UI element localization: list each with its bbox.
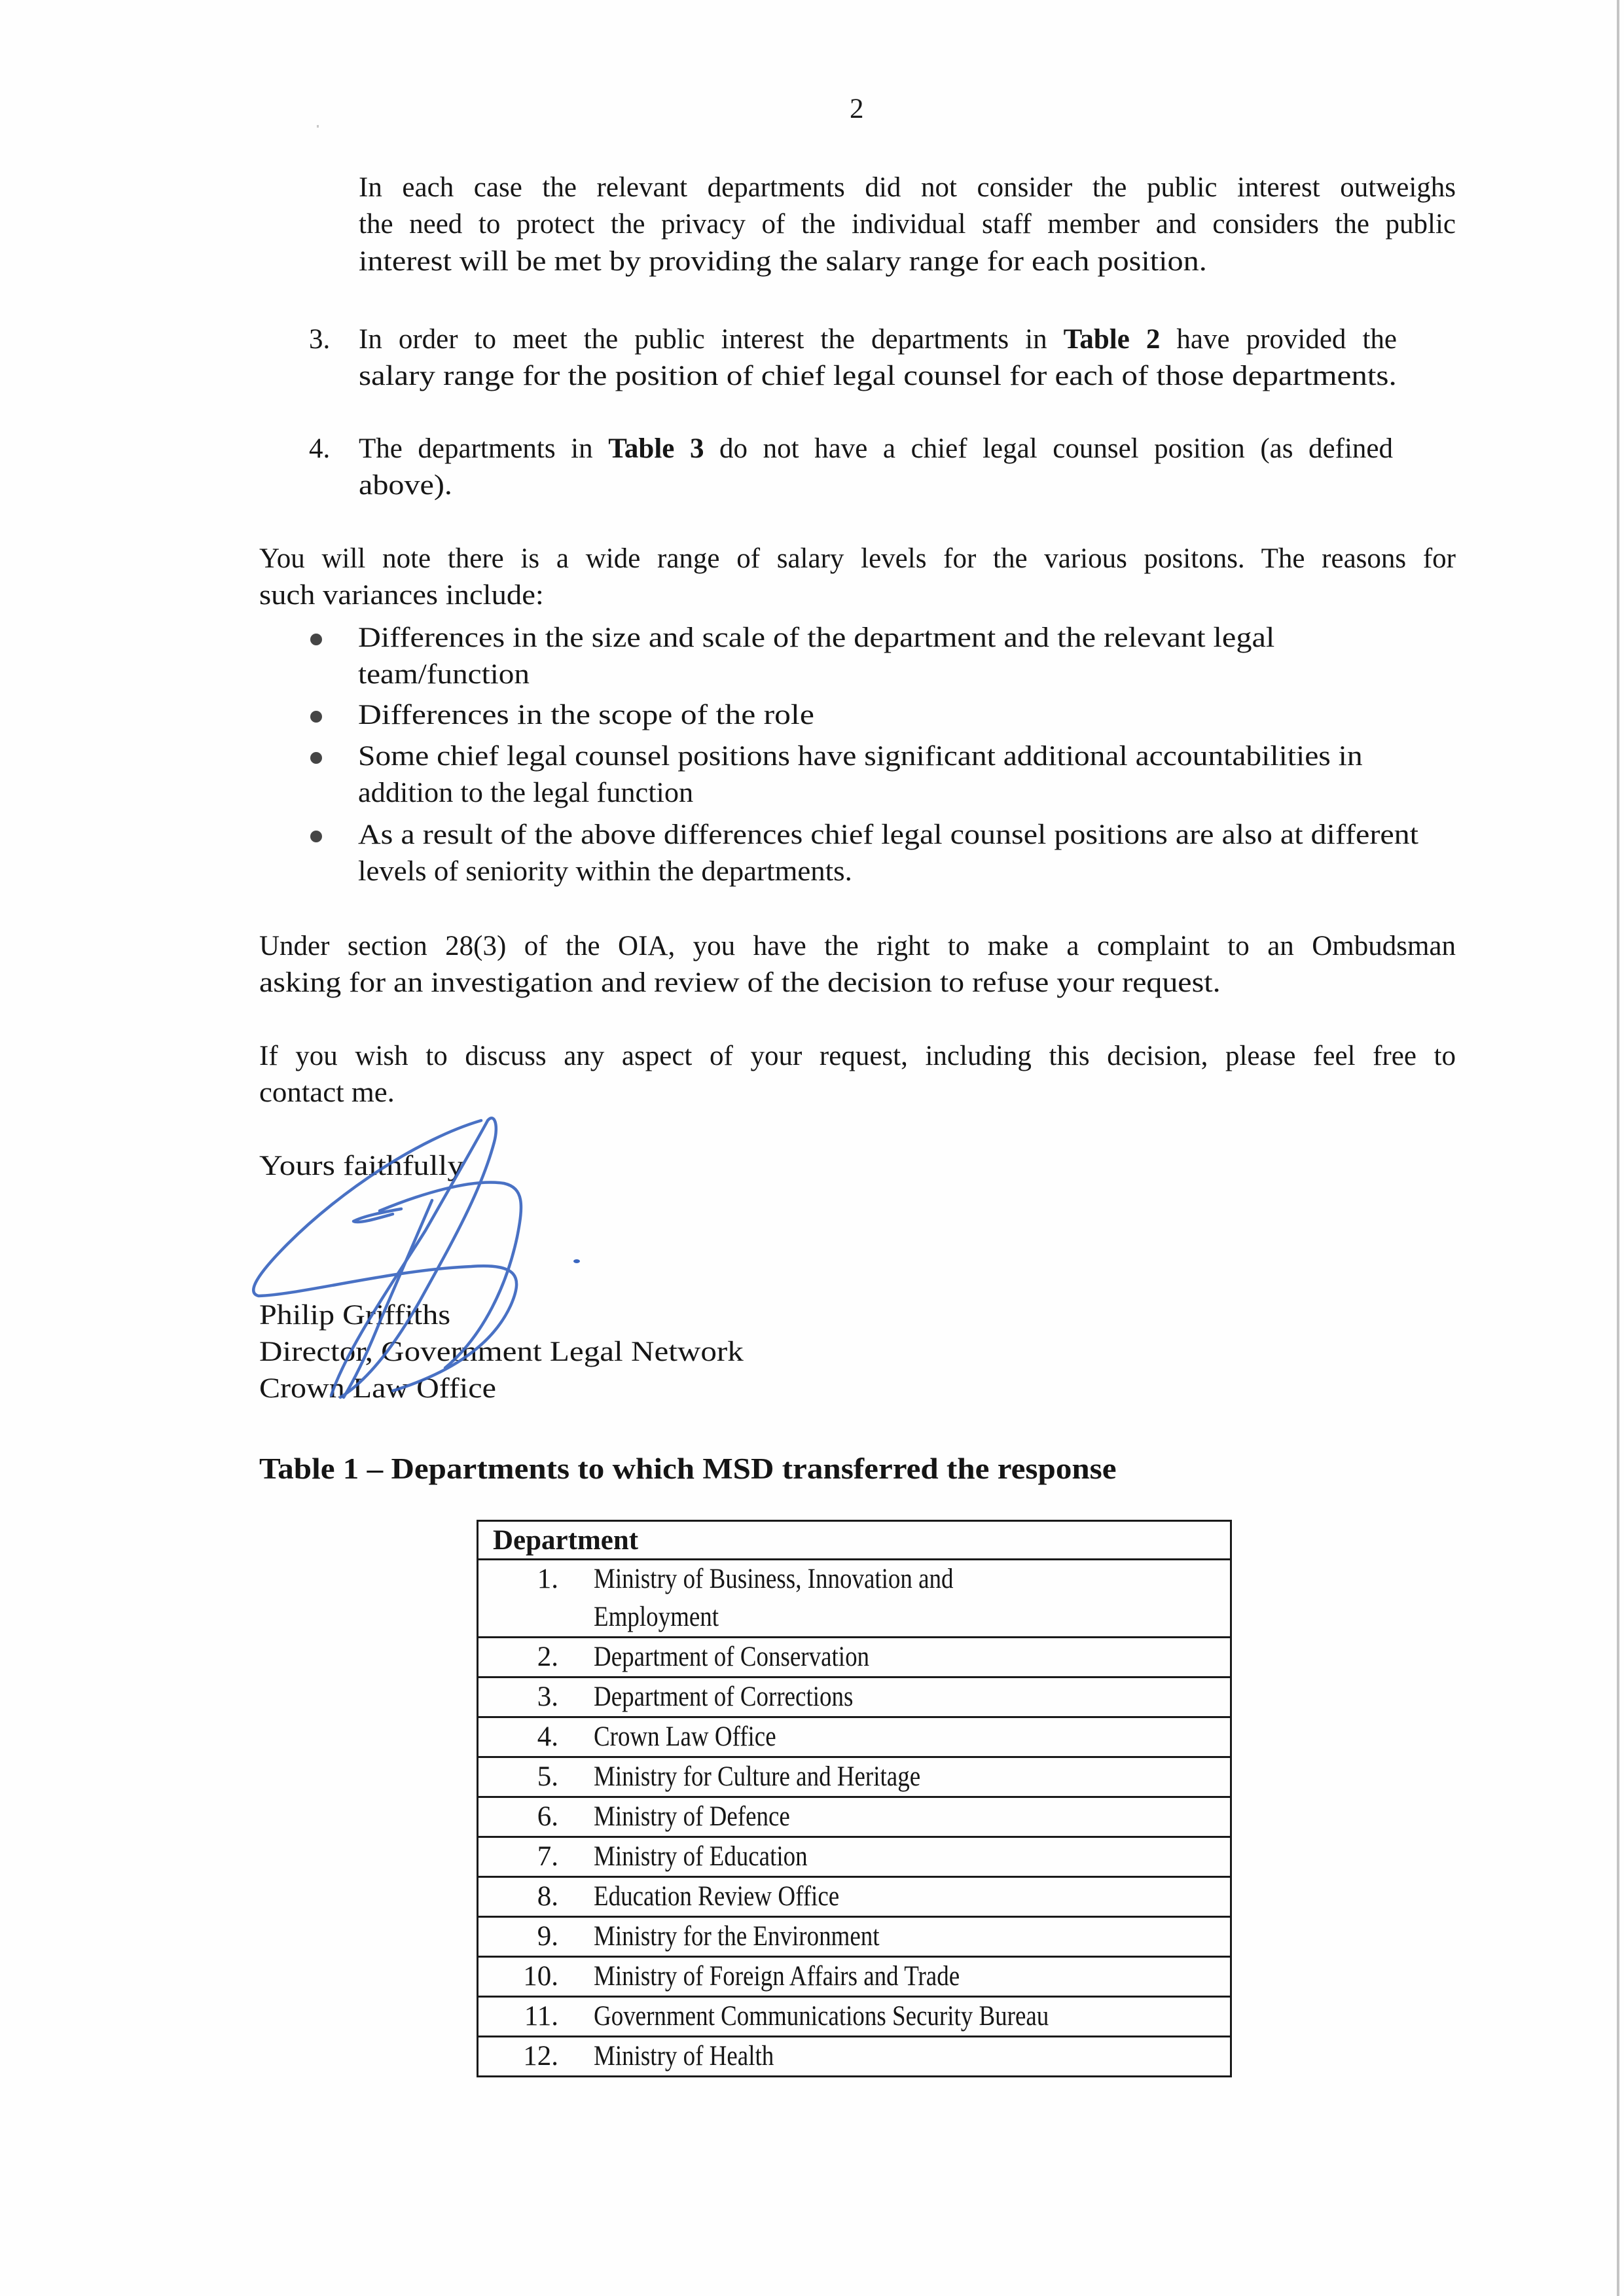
scan-edge-shadow	[1617, 0, 1619, 2296]
department-cell: 11.Government Communications Security Bu…	[478, 1997, 1231, 2037]
text-run: In order to meet the public interest the…	[359, 324, 1064, 355]
paragraph-line: asking for an investigation and review o…	[259, 969, 1221, 997]
bullet-icon	[310, 634, 322, 645]
department-name-line: Ministry of Business, Innovation and	[594, 1560, 1141, 1598]
row-number: 2.	[478, 1638, 577, 1676]
department-cell: 4.Crown Law Office	[478, 1717, 1231, 1757]
paragraph-line: The departments in Table 3 do not have a…	[359, 435, 1393, 463]
item-number: 3.	[309, 325, 330, 353]
table-row: 1.Ministry of Business, Innovation andEm…	[478, 1560, 1231, 1638]
department-name-line: Ministry of Defence	[594, 1798, 1141, 1836]
bullet-icon	[310, 831, 322, 842]
paragraph-line: interest will be met by providing the sa…	[359, 247, 1207, 276]
department-name-line: Ministry for the Environment	[594, 1918, 1141, 1956]
table-row: 2.Department of Conservation	[478, 1638, 1231, 1677]
paragraph-line: In order to meet the public interest the…	[359, 325, 1397, 353]
bullet-line: addition to the legal function	[358, 779, 693, 807]
department-name: Ministry for the Environment	[594, 1918, 1230, 1956]
signature-dot-icon	[573, 1259, 580, 1263]
table-1-title: Table 1 – Departments to which MSD trans…	[259, 1452, 1117, 1486]
department-name: Ministry for Culture and Heritage	[594, 1758, 1230, 1796]
row-number: 3.	[478, 1678, 577, 1716]
paragraph-line: the need to protect the privacy of the i…	[359, 210, 1456, 238]
department-name: Ministry of Foreign Affairs and Trade	[594, 1958, 1230, 1996]
department-cell: 12.Ministry of Health	[478, 2037, 1231, 2077]
department-cell: 1.Ministry of Business, Innovation andEm…	[478, 1560, 1231, 1638]
paragraph-line: Under section 28(3) of the OIA, you have…	[259, 932, 1456, 960]
bullet-icon	[310, 711, 322, 723]
department-name: Department of Conservation	[594, 1638, 1230, 1676]
department-name: Ministry of Business, Innovation andEmpl…	[594, 1560, 1230, 1636]
signatory-office: Crown Law Office	[259, 1374, 496, 1403]
department-name-line: Department of Corrections	[594, 1678, 1141, 1716]
department-name-line: Employment	[594, 1598, 1141, 1636]
department-cell: 5.Ministry for Culture and Heritage	[478, 1757, 1231, 1797]
text-run: do not have a chief legal counsel positi…	[704, 433, 1393, 464]
department-name-line: Department of Conservation	[594, 1638, 1141, 1676]
department-name-line: Ministry for Culture and Heritage	[594, 1758, 1141, 1796]
bullet-line: Some chief legal counsel positions have …	[358, 742, 1363, 770]
table-2-reference: Table 2	[1064, 324, 1161, 355]
department-name: Ministry of Defence	[594, 1798, 1230, 1836]
department-name: Ministry of Health	[594, 2037, 1230, 2075]
row-number: 6.	[478, 1798, 577, 1836]
text-run: have provided the	[1160, 324, 1397, 355]
bullet-icon	[310, 752, 322, 764]
department-cell: 3.Department of Corrections	[478, 1677, 1231, 1717]
department-name-line: Crown Law Office	[594, 1718, 1141, 1756]
department-name: Crown Law Office	[594, 1718, 1230, 1756]
department-name: Education Review Office	[594, 1878, 1230, 1916]
signatory-name: Philip Griffiths	[259, 1301, 450, 1329]
table-row: 7.Ministry of Education	[478, 1837, 1231, 1877]
paragraph-line: If you wish to discuss any aspect of you…	[259, 1042, 1456, 1070]
table-header-row: Department	[478, 1521, 1231, 1560]
row-number: 5.	[478, 1758, 577, 1796]
paragraph-line: such variances include:	[259, 581, 544, 609]
table-row: 11.Government Communications Security Bu…	[478, 1997, 1231, 2037]
department-cell: 7.Ministry of Education	[478, 1837, 1231, 1877]
department-cell: 8.Education Review Office	[478, 1877, 1231, 1917]
paragraph-line: salary range for the position of chief l…	[359, 362, 1397, 390]
document-page: 2 In each case the relevant departments …	[0, 0, 1624, 2296]
table-row: 4.Crown Law Office	[478, 1717, 1231, 1757]
table-row: 3.Department of Corrections	[478, 1677, 1231, 1717]
departments-table: Department 1.Ministry of Business, Innov…	[477, 1520, 1232, 2077]
department-name: Department of Corrections	[594, 1678, 1230, 1716]
table-row: 5.Ministry for Culture and Heritage	[478, 1757, 1231, 1797]
table-3-reference: Table 3	[608, 433, 704, 464]
department-cell: 6.Ministry of Defence	[478, 1797, 1231, 1837]
page-number: 2	[850, 93, 864, 125]
row-number: 11.	[478, 1998, 577, 2036]
table-row: 8.Education Review Office	[478, 1877, 1231, 1917]
department-cell: 10.Ministry of Foreign Affairs and Trade	[478, 1957, 1231, 1997]
closing: Yours faithfully	[259, 1152, 463, 1180]
department-cell: 9.Ministry for the Environment	[478, 1917, 1231, 1957]
department-cell: 2.Department of Conservation	[478, 1638, 1231, 1677]
row-number: 12.	[478, 2037, 577, 2075]
department-name-line: Ministry of Foreign Affairs and Trade	[594, 1958, 1141, 1996]
row-number: 1.	[478, 1560, 577, 1598]
table-row: 12.Ministry of Health	[478, 2037, 1231, 2077]
table-row: 6.Ministry of Defence	[478, 1797, 1231, 1837]
table-row: 10.Ministry of Foreign Affairs and Trade	[478, 1957, 1231, 1997]
bullet-line: As a result of the above differences chi…	[358, 821, 1418, 849]
table-row: 9.Ministry for the Environment	[478, 1917, 1231, 1957]
bullet-line: team/function	[358, 660, 530, 689]
bullet-line: Differences in the size and scale of the…	[358, 624, 1274, 652]
row-number: 9.	[478, 1918, 577, 1956]
bullet-line: Differences in the scope of the role	[358, 701, 814, 729]
bullet-line: levels of seniority within the departmen…	[358, 857, 852, 886]
paragraph-line: In each case the relevant departments di…	[359, 173, 1456, 202]
department-name-line: Government Communications Security Burea…	[594, 1998, 1141, 2036]
paragraph-line: above).	[359, 471, 452, 499]
department-name: Ministry of Education	[594, 1838, 1230, 1876]
paragraph-line: You will note there is a wide range of s…	[259, 545, 1456, 573]
paragraph-line: contact me.	[259, 1079, 395, 1107]
department-name-line: Ministry of Education	[594, 1838, 1141, 1876]
text-run: The departments in	[359, 433, 608, 464]
signatory-position: Director, Government Legal Network	[259, 1338, 744, 1366]
scan-speck	[317, 125, 319, 128]
item-number: 4.	[309, 435, 330, 463]
table-header-department: Department	[478, 1521, 1231, 1560]
row-number: 4.	[478, 1718, 577, 1756]
department-name-line: Ministry of Health	[594, 2037, 1141, 2075]
department-name-line: Education Review Office	[594, 1878, 1141, 1916]
row-number: 10.	[478, 1958, 577, 1996]
department-name: Government Communications Security Burea…	[594, 1998, 1230, 2036]
row-number: 8.	[478, 1878, 577, 1916]
row-number: 7.	[478, 1838, 577, 1876]
